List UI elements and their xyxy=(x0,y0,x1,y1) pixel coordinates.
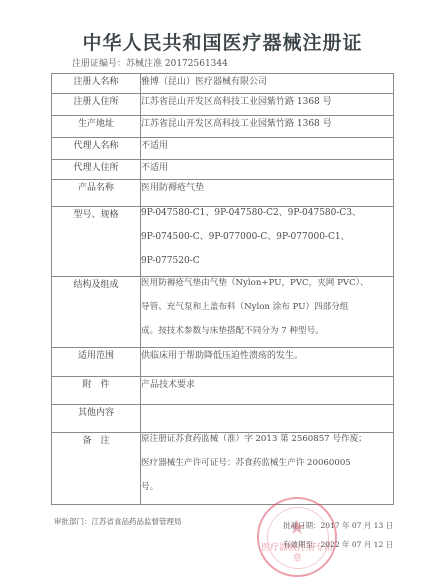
valid-until: 有效期至：2022 年 07 月 12 日 xyxy=(283,539,393,550)
label: 生产地址 xyxy=(52,116,141,138)
value: 供临床用于帮助降低压迫性溃疡的发生。 xyxy=(141,348,394,377)
value: 9P-047580-C1、9P-047580-C2、9P-047580-C3、 … xyxy=(141,207,394,277)
row-model-spec: 型号、规格 9P-047580-C1、9P-047580-C2、9P-04758… xyxy=(52,207,394,277)
value: 不适用 xyxy=(141,160,394,180)
structure-line: 成。按技术参数与床垫搭配不同分为 7 种型号。 xyxy=(141,319,393,343)
remarks-line: 号。 xyxy=(141,475,393,499)
label: 其他内容 xyxy=(52,405,141,433)
value: 原注册证苏食药监械（准）字 2013 第 2560857 号作废； 医疗器械生产… xyxy=(141,433,394,505)
row-scope: 适用范围 供临床用于帮助降低压迫性溃疡的发生。 xyxy=(52,348,394,377)
row-attachment: 附 件 产品技术要求 xyxy=(52,377,394,405)
model-line: 9P-074500-C、9P-077000-C、9P-077000-C1、 xyxy=(141,225,393,249)
approval-department: 审批部门：江苏省食品药品监督管理局 xyxy=(54,516,182,527)
model-line: 9P-077520-C xyxy=(141,249,393,273)
value: 雅博（昆山）医疗器械有限公司 xyxy=(141,74,394,94)
approval-date: 批准日期：2017 年 07 月 13 日 xyxy=(283,520,393,531)
value: 医用防褥疮气垫由气垫（Nylon+PU，PVC，夹网 PVC）、 导管、充气泵和… xyxy=(141,277,394,348)
label: 代理人名称 xyxy=(52,138,141,160)
row-registrant-name: 注册人名称 雅博（昆山）医疗器械有限公司 xyxy=(52,74,394,94)
row-registrant-address: 注册人住所 江苏省昆山开发区高科技工业园紫竹路 1368 号 xyxy=(52,94,394,116)
value: 不适用 xyxy=(141,138,394,160)
row-remarks: 备 注 原注册证苏食药监械（准）字 2013 第 2560857 号作废； 医疗… xyxy=(52,433,394,505)
row-agent-name: 代理人名称 不适用 xyxy=(52,138,394,160)
label: 注册人住所 xyxy=(52,94,141,116)
label: 结构及组成 xyxy=(52,277,141,348)
remarks-line: 原注册证苏食药监械（准）字 2013 第 2560857 号作废； xyxy=(141,427,393,451)
official-seal: ★ 医疗器械注册专用章 xyxy=(257,497,337,577)
value: 江苏省昆山开发区高科技工业园紫竹路 1368 号 xyxy=(141,94,394,116)
model-line: 9P-047580-C1、9P-047580-C2、9P-047580-C3、 xyxy=(141,201,393,225)
remarks-line: 医疗器械生产许可证号：苏食药监械生产许 20060005 xyxy=(141,451,393,475)
label: 产品名称 xyxy=(52,180,141,207)
label: 型号、规格 xyxy=(52,207,141,277)
registration-number: 注册证编号：苏械注准 20172561344 xyxy=(72,56,228,69)
row-agent-address: 代理人住所 不适用 xyxy=(52,160,394,180)
label: 代理人住所 xyxy=(52,160,141,180)
value: 产品技术要求 xyxy=(141,377,394,405)
structure-line: 医用防褥疮气垫由气垫（Nylon+PU，PVC，夹网 PVC）、 xyxy=(141,271,393,295)
label: 附 件 xyxy=(52,377,141,405)
structure-line: 导管、充气泵和上盖布料（Nylon 涂布 PU）四部分组 xyxy=(141,295,393,319)
label: 适用范围 xyxy=(52,348,141,377)
value: 江苏省昆山开发区高科技工业园紫竹路 1368 号 xyxy=(141,116,394,138)
label: 备 注 xyxy=(52,433,141,505)
row-production-address: 生产地址 江苏省昆山开发区高科技工业园紫竹路 1368 号 xyxy=(52,116,394,138)
certificate-table: 注册人名称 雅博（昆山）医疗器械有限公司 注册人住所 江苏省昆山开发区高科技工业… xyxy=(51,73,394,505)
certificate-title: 中华人民共和国医疗器械注册证 xyxy=(0,28,445,55)
row-structure: 结构及组成 医用防褥疮气垫由气垫（Nylon+PU，PVC，夹网 PVC）、 导… xyxy=(52,277,394,348)
label: 注册人名称 xyxy=(52,74,141,94)
